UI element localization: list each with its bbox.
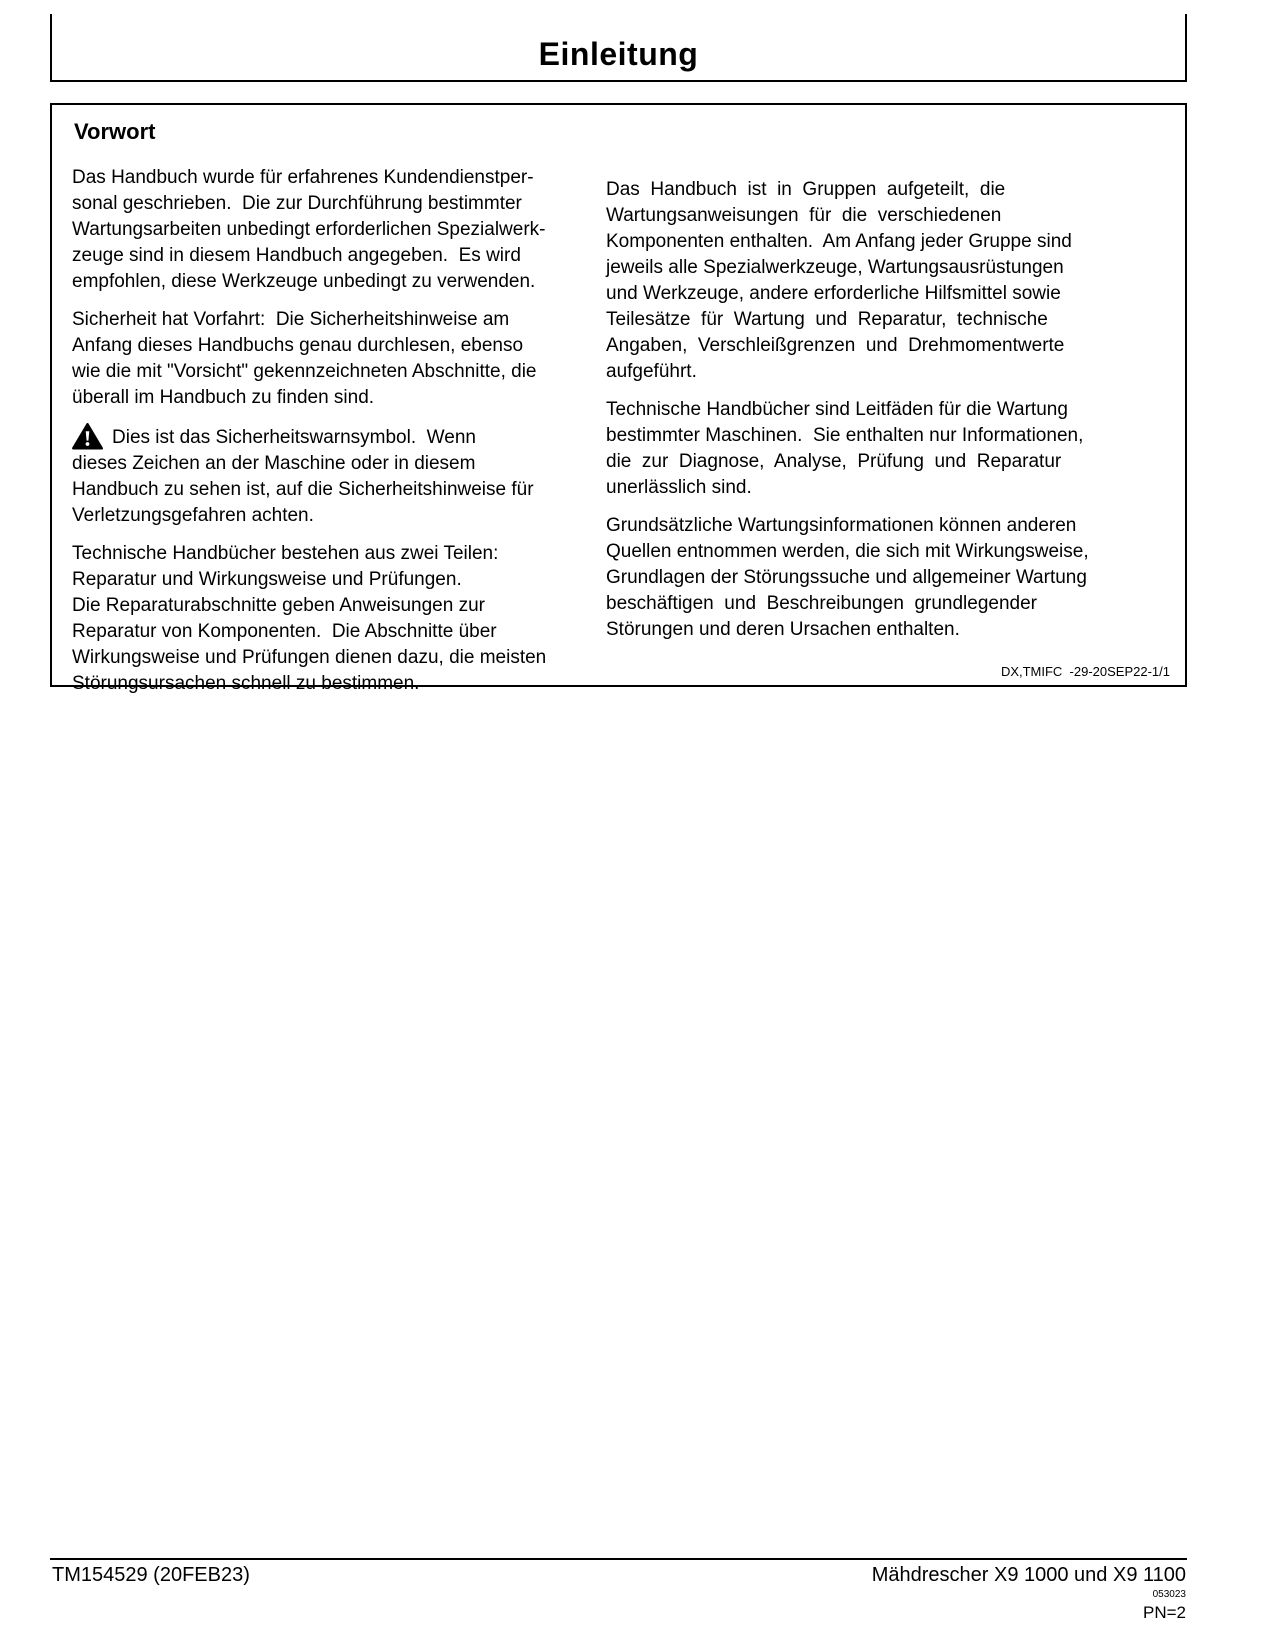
manual-page: Einleitung Vorwort Das Handbuch wurde fü… <box>0 0 1275 1650</box>
text-line: Anfang dieses Handbuchs genau durchlesen… <box>72 333 570 359</box>
paragraph: Das Handbuch ist in Gruppen aufgeteilt, … <box>606 177 1121 385</box>
text-line: beschäftigen und Beschreibungen grundleg… <box>606 591 1121 617</box>
footer-rule <box>50 1558 1187 1560</box>
text-line: Angaben, Verschleißgrenzen und Drehmomen… <box>606 333 1121 359</box>
text-line: Das Handbuch wurde für erfahrenes Kunden… <box>72 165 570 191</box>
text-line: Reparatur von Komponenten. Die Abschnitt… <box>72 619 570 645</box>
text-line: aufgeführt. <box>606 359 1121 385</box>
text-line: Technische Handbücher sind Leitfäden für… <box>606 397 1121 423</box>
two-column-text: Das Handbuch wurde für erfahrenes Kunden… <box>72 165 1165 697</box>
text-line: und Werkzeuge, andere erforderliche Hilf… <box>606 281 1121 307</box>
text-line: überall im Handbuch zu finden sind. <box>72 385 570 411</box>
text-line: empfohlen, diese Werkzeuge unbedingt zu … <box>72 269 570 295</box>
text-line: sonal geschrieben. Die zur Durchführung … <box>72 191 570 217</box>
text-line: Grundsätzliche Wartungsinformationen kön… <box>606 513 1121 539</box>
section-heading: Vorwort <box>74 119 1165 145</box>
text-line: Dies ist das Sicherheitswarnsymbol. Wenn <box>72 423 570 451</box>
paragraph: Technische Handbücher bestehen aus zwei … <box>72 541 570 697</box>
text-line: unerlässlich sind. <box>606 475 1121 501</box>
text-line: Wartungsanweisungen für die verschiedene… <box>606 203 1121 229</box>
text-line: bestimmter Maschinen. Sie enthalten nur … <box>606 423 1121 449</box>
text-line: Teilesätze für Wartung und Reparatur, te… <box>606 307 1121 333</box>
text-line: Reparatur und Wirkungsweise und Prüfunge… <box>72 567 570 593</box>
text-line: Wartungsarbeiten unbedingt erforderliche… <box>72 217 570 243</box>
text-line: Quellen entnommen werden, die sich mit W… <box>606 539 1121 565</box>
text-line: Handbuch zu sehen ist, auf die Sicherhei… <box>72 477 570 503</box>
footer-document-number: TM154529 (20FEB23) <box>52 1564 250 1587</box>
text-line: jeweils alle Spezialwerkzeuge, Wartungsa… <box>606 255 1121 281</box>
safety-alert-icon <box>72 423 103 450</box>
text-line: Sicherheit hat Vorfahrt: Die Sicherheits… <box>72 307 570 333</box>
header-title-block: Einleitung <box>50 14 1187 82</box>
left-column: Das Handbuch wurde für erfahrenes Kunden… <box>72 165 570 697</box>
revision-code: DX,TMIFC -29-20SEP22-1/1 <box>1001 664 1170 679</box>
footer-right-block: Mähdrescher X9 1000 und X9 1100 053023 P… <box>872 1564 1186 1623</box>
paragraph: Dies ist das Sicherheitswarnsymbol. Wenn… <box>72 423 570 529</box>
page-title: Einleitung <box>539 36 699 80</box>
text-line: die zur Diagnose, Analyse, Prüfung und R… <box>606 449 1121 475</box>
text-line: Komponenten enthalten. Am Anfang jeder G… <box>606 229 1121 255</box>
text-line: Verletzungsgefahren achten. <box>72 503 570 529</box>
paragraph: Das Handbuch wurde für erfahrenes Kunden… <box>72 165 570 295</box>
footer-model-reference: Mähdrescher X9 1000 und X9 1100 <box>872 1564 1186 1587</box>
text-line: Wirkungsweise und Prüfungen dienen dazu,… <box>72 645 570 671</box>
footer-page-number: PN=2 <box>1143 1603 1186 1623</box>
text-line: Technische Handbücher bestehen aus zwei … <box>72 541 570 567</box>
text-line: wie die mit "Vorsicht" gekennzeichneten … <box>72 359 570 385</box>
paragraph: Sicherheit hat Vorfahrt: Die Sicherheits… <box>72 307 570 411</box>
paragraph: Grundsätzliche Wartungsinformationen kön… <box>606 513 1121 643</box>
text-line: dieses Zeichen an der Maschine oder in d… <box>72 451 570 477</box>
text-line: Störungen und deren Ursachen enthalten. <box>606 617 1121 643</box>
foreword-section: Vorwort Das Handbuch wurde für erfahrene… <box>50 103 1187 687</box>
right-column: Das Handbuch ist in Gruppen aufgeteilt, … <box>606 177 1121 697</box>
text-line: Störungsursachen schnell zu bestimmen. <box>72 671 570 697</box>
text-line: Die Reparaturabschnitte geben Anweisunge… <box>72 593 570 619</box>
paragraph: Technische Handbücher sind Leitfäden für… <box>606 397 1121 501</box>
text-line: Das Handbuch ist in Gruppen aufgeteilt, … <box>606 177 1121 203</box>
text-line: zeuge sind in diesem Handbuch angegeben.… <box>72 243 570 269</box>
footer-print-code: 053023 <box>1153 1589 1186 1600</box>
text-line: Grundlagen der Störungssuche und allgeme… <box>606 565 1121 591</box>
